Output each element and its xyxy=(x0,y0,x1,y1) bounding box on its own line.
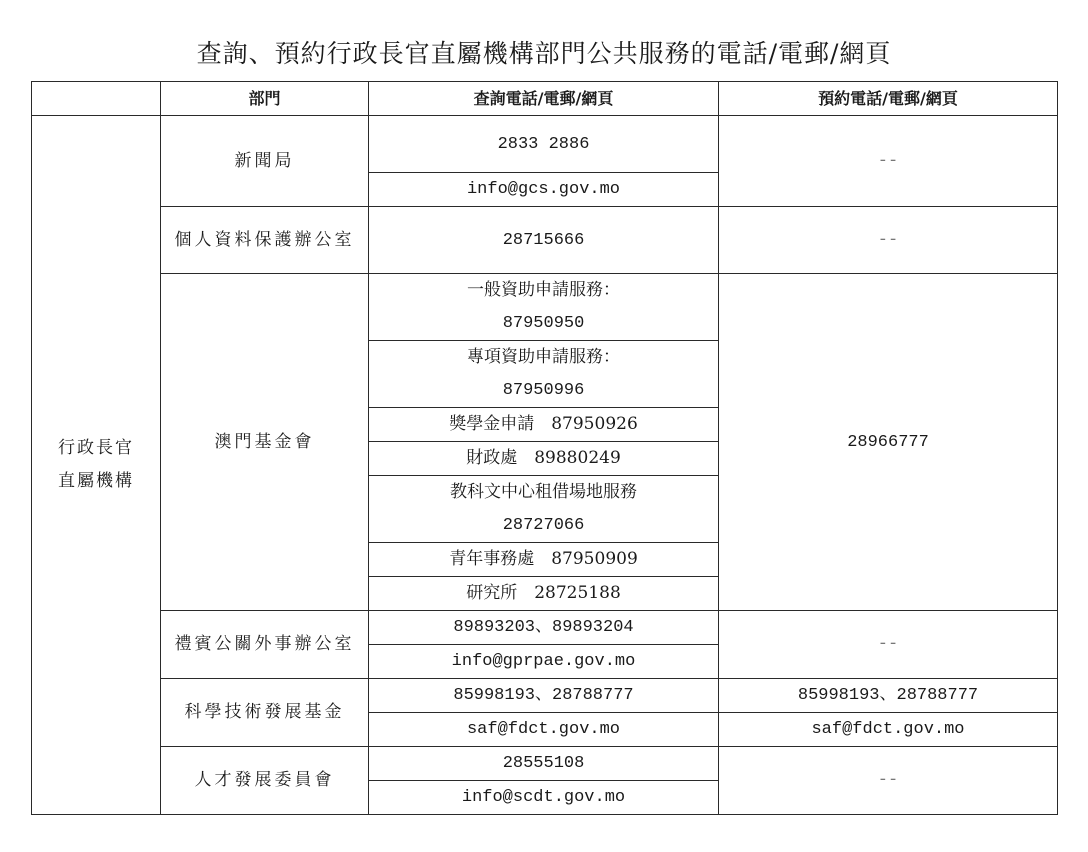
page-title: 查詢、預約行政長官直屬機構部門公共服務的電話/電郵/網頁 xyxy=(0,36,1088,72)
category-cell: 行政長官 直屬機構 xyxy=(32,116,161,815)
table-row: 禮賓公關外事辦公室 89893203、89893204 -- xyxy=(32,611,1058,645)
enquiry-label: 專項資助申請服務： xyxy=(373,341,714,374)
enquiry-phone: 2833 2886 xyxy=(369,116,719,173)
enquiry-label: 一般資助申請服務： xyxy=(373,274,714,307)
department-name: 澳門基金會 xyxy=(161,274,369,611)
enquiry-email-link[interactable]: info@gcs.gov.mo xyxy=(369,173,719,207)
category-line-1: 行政長官 xyxy=(36,432,156,465)
booking-phone: 28966777 xyxy=(719,274,1058,611)
enquiry-special-grant: 專項資助申請服務： 87950996 xyxy=(369,341,719,408)
enquiry-phone: 87950996 xyxy=(373,374,714,407)
header-category xyxy=(32,82,161,116)
header-enquiry: 查詢電話/電郵/網頁 xyxy=(369,82,719,116)
booking-empty: -- xyxy=(719,747,1058,815)
table-row: 科學技術發展基金 85998193、28788777 85998193、2878… xyxy=(32,679,1058,713)
booking-empty: -- xyxy=(719,207,1058,274)
enquiry-finance: 財政處 89880249 xyxy=(369,442,719,476)
department-name: 個人資料保護辦公室 xyxy=(161,207,369,274)
table-row: 人才發展委員會 28555108 -- xyxy=(32,747,1058,781)
enquiry-email-link[interactable]: info@scdt.gov.mo xyxy=(369,781,719,815)
enquiry-phone: 28555108 xyxy=(369,747,719,781)
department-name: 新聞局 xyxy=(161,116,369,207)
department-name: 科學技術發展基金 xyxy=(161,679,369,747)
enquiry-youth-affairs: 青年事務處 87950909 xyxy=(369,543,719,577)
booking-phone: 85998193、28788777 xyxy=(719,679,1058,713)
enquiry-phone: 28715666 xyxy=(369,207,719,274)
department-name: 禮賓公關外事辦公室 xyxy=(161,611,369,679)
enquiry-email-link[interactable]: saf@fdct.gov.mo xyxy=(369,713,719,747)
table-header-row: 部門 查詢電話/電郵/網頁 預約電話/電郵/網頁 xyxy=(32,82,1058,116)
header-booking: 預約電話/電郵/網頁 xyxy=(719,82,1058,116)
enquiry-phone: 28727066 xyxy=(373,509,714,542)
enquiry-phone: 89893203、89893204 xyxy=(369,611,719,645)
category-line-2: 直屬機構 xyxy=(36,465,156,498)
enquiry-phone: 87950950 xyxy=(373,307,714,340)
booking-empty: -- xyxy=(719,116,1058,207)
department-name: 人才發展委員會 xyxy=(161,747,369,815)
booking-email-link[interactable]: saf@fdct.gov.mo xyxy=(719,713,1058,747)
enquiry-general-grant: 一般資助申請服務： 87950950 xyxy=(369,274,719,341)
table-row: 澳門基金會 一般資助申請服務： 87950950 28966777 xyxy=(32,274,1058,341)
header-department: 部門 xyxy=(161,82,369,116)
table-row: 個人資料保護辦公室 28715666 -- xyxy=(32,207,1058,274)
contacts-table: 部門 查詢電話/電郵/網頁 預約電話/電郵/網頁 行政長官 直屬機構 新聞局 2… xyxy=(31,81,1058,815)
enquiry-email-link[interactable]: info@gprpae.gov.mo xyxy=(369,645,719,679)
enquiry-label: 教科文中心租借場地服務 xyxy=(373,476,714,509)
enquiry-research: 研究所 28725188 xyxy=(369,577,719,611)
table-row: 行政長官 直屬機構 新聞局 2833 2886 -- xyxy=(32,116,1058,173)
booking-empty: -- xyxy=(719,611,1058,679)
enquiry-phone: 85998193、28788777 xyxy=(369,679,719,713)
enquiry-venue-rental: 教科文中心租借場地服務 28727066 xyxy=(369,476,719,543)
enquiry-scholarship: 獎學金申請 87950926 xyxy=(369,408,719,442)
